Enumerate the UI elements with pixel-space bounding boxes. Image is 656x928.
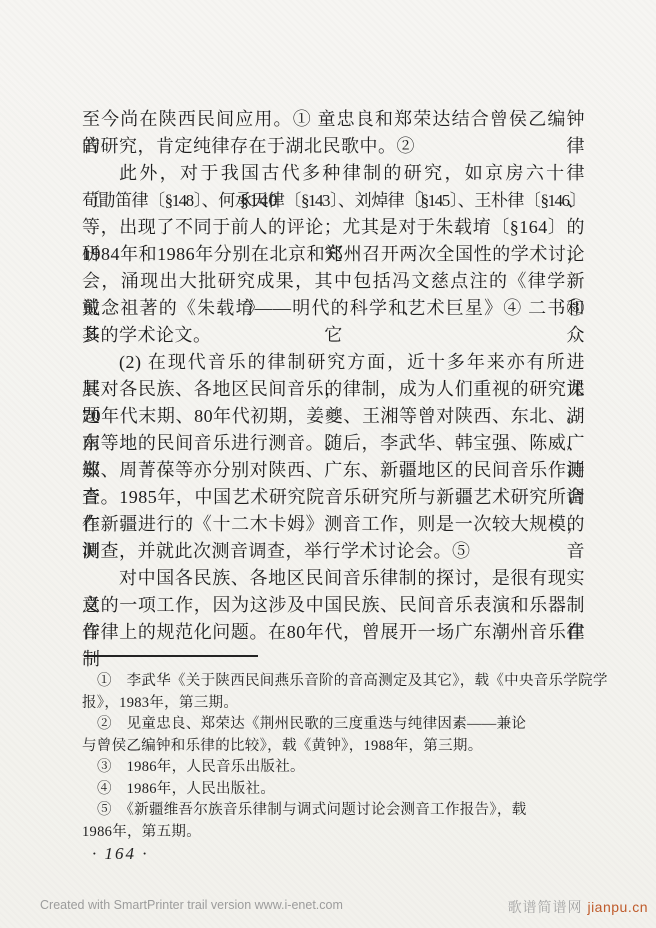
body-text-line: 对中国各民族、各地区民间音乐律制的探讨，是很有现实意 xyxy=(82,565,585,592)
body-text-line: 在新疆进行的《十二木卡姆》测音工作，则是一次较大规模的测音 xyxy=(82,511,585,538)
body-text-line: 东等地的民间音乐进行测音。随后，李武华、韩宝强、陈威、郑诗 xyxy=(82,430,585,457)
footnote-line: ④ 1986年，人民出版社。 xyxy=(82,779,594,801)
body-text-line: 至今尚在陕西民间应用。① 童忠良和郑荣达结合曾侯乙编钟音律 xyxy=(82,106,585,133)
footnote-line: ⑤ 《新疆维吾尔族音乐律制与调式问题讨论会测音工作报告》，载 xyxy=(82,800,594,822)
footnote-line: ① 李武华《关于陕西民间燕乐音阶的音高测定及其它》，载《中央音乐学院学 xyxy=(82,671,594,693)
footnote-separator xyxy=(84,655,258,657)
body-text-line: 戴念祖著的《朱载堉——明代的科学和艺术巨星》④ 二书和其它众 xyxy=(82,295,585,322)
scanned-book-page: 至今尚在陕西民间应用。① 童忠良和郑荣达结合曾侯乙编钟音律 的研究，肯定纯律存在… xyxy=(0,0,656,928)
body-text-line: (2) 在现代音乐的律制研究方面，近十多年来亦有所进展，尤 xyxy=(82,349,585,376)
footnote-line: ② 见童忠良、郑荣达《荆州民歌的三度重迭与纯律因素——兼论 xyxy=(82,714,594,736)
body-text-line: 音律上的规范化问题。在80年代，曾展开一场广东潮州音乐律制 xyxy=(82,619,585,646)
body-text-line: 此外，对于我国古代多种律制的研究，如京房六十律〔§140〕、 xyxy=(82,160,585,187)
body-text-line: 会，涌现出大批研究成果，其中包括冯文慈点注的《律学新说》、③ xyxy=(82,268,585,295)
body-text-line: 1984年和1986年分别在北京和郑州召开两次全国性的学术讨论 xyxy=(82,241,585,268)
page-number: · 164 · xyxy=(92,844,149,864)
body-text-line: 查。1985年，中国艺术研究院音乐研究所与新疆艺术研究所合作， xyxy=(82,484,585,511)
site-watermark-name: 歌谱简谱网 xyxy=(508,899,583,915)
body-text-line: 70年代末期、80年代初期，姜夔、王湘等曾对陕西、东北、湖南、广 xyxy=(82,403,585,430)
footnotes-block: ① 李武华《关于陕西民间燕乐音阶的音高测定及其它》，载《中央音乐学院学 报》，1… xyxy=(82,671,594,843)
body-text-line: 其对各民族、各地区民间音乐的律制，成为人们重视的研究课题。 xyxy=(82,376,585,403)
body-text-line: 义的一项工作，因为这涉及中国民族、民间音乐表演和乐器制作在 xyxy=(82,592,585,619)
footnote-line: ③ 1986年，人民音乐出版社。 xyxy=(82,757,594,779)
site-watermark: 歌谱简谱网 jianpu.cn xyxy=(508,897,648,917)
footnote-line: 与曾侯乙编钟和乐律的比较》，载《黄钟》，1988年，第三期。 xyxy=(82,736,594,758)
body-text-line: 荀勖笛律〔§148〕、何承天律〔§143〕、刘焯律〔§145〕、王朴律〔§146… xyxy=(82,187,585,214)
footnote-line: 报》，1983年，第三期。 xyxy=(82,693,594,715)
printer-watermark: Created with SmartPrinter trail version … xyxy=(40,898,343,912)
footnote-line: 1986年，第五期。 xyxy=(82,822,594,844)
body-text-line: 等，出现了不同于前人的评论；尤其是对于朱载堉〔§164〕的研究， xyxy=(82,214,585,241)
body-text-block: 至今尚在陕西民间应用。① 童忠良和郑荣达结合曾侯乙编钟音律 的研究，肯定纯律存在… xyxy=(82,106,585,646)
body-text-line: 敏、周菁葆等亦分别对陕西、广东、新疆地区的民间音乐作测音调 xyxy=(82,457,585,484)
site-watermark-domain: jianpu.cn xyxy=(587,899,648,915)
